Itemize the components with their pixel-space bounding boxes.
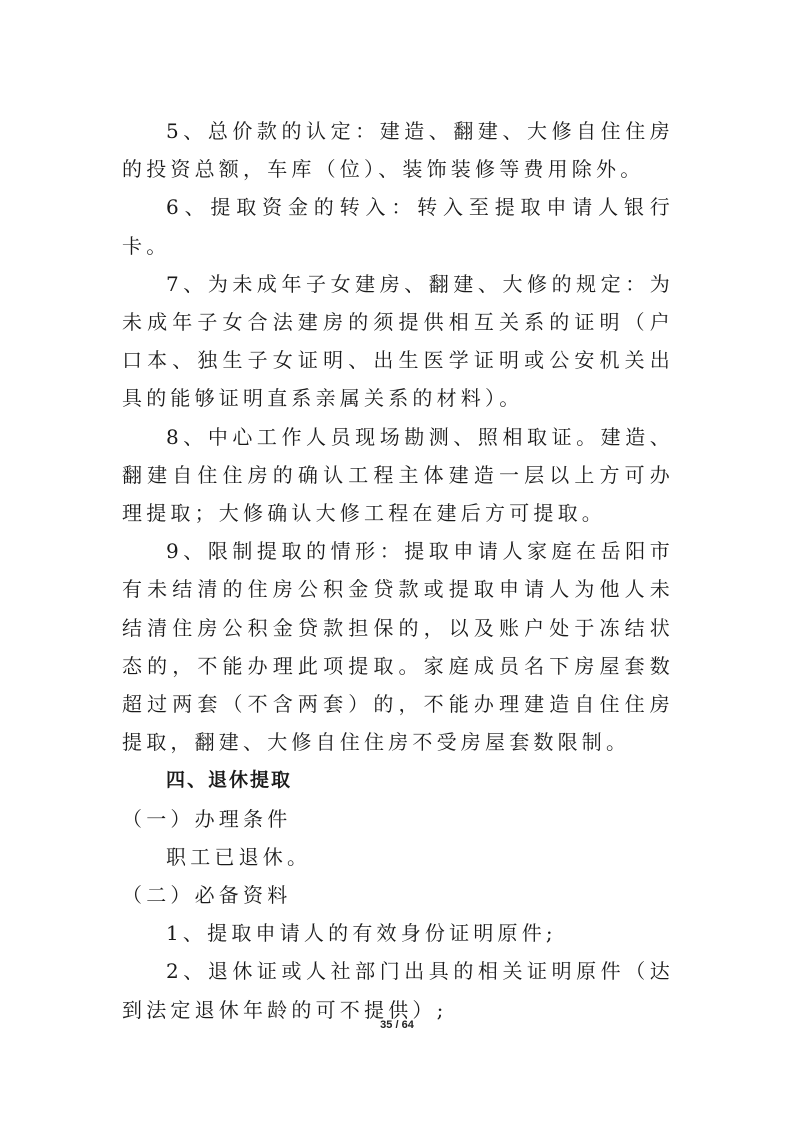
material-item-2: 2、退休证或人社部门出具的相关证明原件（达到法定退休年龄的可不提供）; xyxy=(122,952,674,1028)
page-number: 35 / 64 xyxy=(0,1019,794,1031)
section-heading-retirement: 四、退休提取 xyxy=(122,761,674,799)
material-item-1: 1、提取申请人的有效身份证明原件; xyxy=(122,914,674,952)
document-page: 5、总价款的认定：建造、翻建、大修自住住房的投资总额，车库（位）、装饰装修等费用… xyxy=(0,0,794,1122)
item-7-minor-children: 7、为未成年子女建房、翻建、大修的规定：为未成年子女合法建房的须提供相互关系的证… xyxy=(122,265,674,418)
item-5-total-price: 5、总价款的认定：建造、翻建、大修自住住房的投资总额，车库（位）、装饰装修等费用… xyxy=(122,112,674,188)
item-9-restrictions: 9、限制提取的情形：提取申请人家庭在岳阳市有未结清的住房公积金贷款或提取申请人为… xyxy=(122,532,674,761)
item-6-fund-transfer: 6、提取资金的转入：转入至提取申请人银行卡。 xyxy=(122,188,674,264)
condition-text: 职工已退休。 xyxy=(122,838,674,876)
page-body: 5、总价款的认定：建造、翻建、大修自住住房的投资总额，车库（位）、装饰装修等费用… xyxy=(122,112,674,1029)
subheading-required-materials: （二）必备资料 xyxy=(122,876,674,914)
item-8-site-survey: 8、中心工作人员现场勘测、照相取证。建造、翻建自住住房的确认工程主体建造一层以上… xyxy=(122,418,674,533)
subheading-conditions: （一）办理条件 xyxy=(122,800,674,838)
